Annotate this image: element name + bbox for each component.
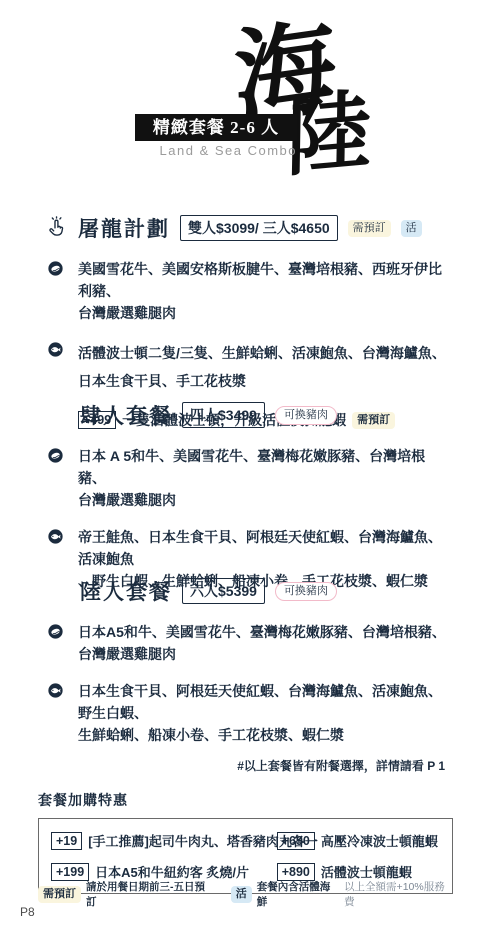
swap-pork-badge: 可換豬肉 — [275, 406, 337, 425]
reserve-badge: 需預訂 — [348, 220, 391, 237]
meat-icon — [48, 448, 63, 463]
addon-item: +690 高壓冷凍波士頓龍蝦 — [277, 831, 444, 850]
seafood-icon — [48, 683, 63, 698]
price-box: 四人$3499 — [182, 402, 265, 428]
service-fee-note: 以上全額需+10%服務費 — [344, 879, 453, 909]
section-title-row: 肆人套餐 四人$3499 可換豬肉 — [0, 400, 481, 430]
list-item-meat: 美國雪花牛、美國安格斯板腱牛、臺灣培根豬、西班牙伊比利豬、 台灣嚴選雞腿肉 — [48, 258, 453, 324]
meat-icon — [48, 261, 63, 276]
item-list: 日本 A 5和牛、美國雪花牛、臺灣梅花嫩豚豬、台灣培根豬、 台灣嚴選雞腿肉 帝王… — [0, 445, 481, 592]
meat-icon — [48, 624, 63, 639]
section-title-row: 陸人套餐 六人$5399 可換豬肉 — [0, 576, 481, 606]
live-note: 套餐內含活體海鮮 — [257, 879, 339, 909]
section-title-row: 屠龍計劃 雙人$3099/ 三人$4650 需預訂 活 — [0, 213, 481, 243]
side-dish-note: #以上套餐皆有附餐選擇，詳情請看 P 1 — [237, 757, 445, 774]
live-badge: 活 — [231, 886, 252, 903]
reserve-badge: 需預訂 — [38, 886, 81, 903]
item-text: 美國雪花牛、美國安格斯板腱牛、臺灣培根豬、西班牙伊比利豬、 台灣嚴選雞腿肉 — [78, 258, 453, 324]
item-text: 日本生食干貝、阿根廷天使紅蝦、台灣海鱸魚、活凍鮑魚、野生白蝦、 生鮮蛤蜊、船凍小… — [78, 680, 453, 746]
page-number: P8 — [20, 905, 35, 919]
section-title: 陸人套餐 — [80, 576, 172, 606]
addon-price-chip: +890 — [277, 863, 315, 881]
addon-price-chip: +199 — [51, 863, 89, 881]
addon-price-chip: +690 — [277, 832, 315, 850]
menu-page: 海 陸 精緻套餐 2-6 人 Land & Sea Combo 屠龍計劃 雙人$… — [0, 0, 481, 940]
live-badge: 活 — [401, 220, 422, 237]
seafood-icon — [48, 529, 63, 544]
banner-title: 精緻套餐 2-6 人 — [135, 114, 297, 141]
list-item-meat: 日本 A 5和牛、美國雪花牛、臺灣梅花嫩豚豬、台灣培根豬、 台灣嚴選雞腿肉 — [48, 445, 453, 511]
item-list: 美國雪花牛、美國安格斯板腱牛、臺灣培根豬、西班牙伊比利豬、 台灣嚴選雞腿肉 活體… — [0, 258, 481, 395]
section-title: 屠龍計劃 — [78, 213, 170, 243]
item-text: 活體波士頓二隻/三隻、生鮮蛤蜊、活凍鮑魚、台灣海鱸魚、 日本生食干貝、手工花枝漿 — [78, 339, 446, 395]
addons-title: 套餐加購特惠 — [38, 790, 453, 810]
list-item-seafood: 日本生食干貝、阿根廷天使紅蝦、台灣海鱸魚、活凍鮑魚、野生白蝦、 生鮮蛤蜊、船凍小… — [48, 680, 453, 746]
addon-item: +19 [手工推薦]起司牛肉丸、塔香豬肉丸各一 — [51, 831, 273, 850]
seafood-icon — [48, 342, 63, 357]
calligraphy-land: 陸 — [285, 88, 372, 182]
addon-text: 高壓冷凍波士頓龍蝦 — [321, 831, 438, 850]
list-item-seafood: 活體波士頓二隻/三隻、生鮮蛤蜊、活凍鮑魚、台灣海鱸魚、 日本生食干貝、手工花枝漿 — [48, 339, 453, 395]
section-title: 肆人套餐 — [80, 400, 172, 430]
pointing-hand-icon — [46, 216, 68, 238]
reserve-note: 請於用餐日期前三-五日預訂 — [86, 879, 213, 909]
item-text: 日本 A 5和牛、美國雪花牛、臺灣梅花嫩豚豬、台灣培根豬、 台灣嚴選雞腿肉 — [78, 445, 453, 511]
item-list: 日本A5和牛、美國雪花牛、臺灣梅花嫩豚豬、台灣培根豬、 台灣嚴選雞腿肉 日本生食… — [0, 621, 481, 746]
footer-notes: 需預訂 請於用餐日期前三-五日預訂 活 套餐內含活體海鮮 以上全額需+10%服務… — [38, 879, 453, 909]
swap-pork-badge: 可換豬肉 — [275, 582, 337, 601]
item-text: 日本A5和牛、美國雪花牛、臺灣梅花嫩豚豬、台灣培根豬、 台灣嚴選雞腿肉 — [78, 621, 446, 665]
list-item-meat: 日本A5和牛、美國雪花牛、臺灣梅花嫩豚豬、台灣培根豬、 台灣嚴選雞腿肉 — [48, 621, 453, 665]
addon-price-chip: +19 — [51, 832, 82, 850]
section-dragon-plan: 屠龍計劃 雙人$3099/ 三人$4650 需預訂 活 美國雪花牛、美國安格斯板… — [0, 213, 481, 430]
section-six-person: 陸人套餐 六人$5399 可換豬肉 日本A5和牛、美國雪花牛、臺灣梅花嫩豚豬、台… — [0, 576, 481, 761]
price-box: 雙人$3099/ 三人$4650 — [180, 215, 338, 241]
banner-subtitle: Land & Sea Combo — [135, 143, 297, 158]
price-box: 六人$5399 — [182, 578, 265, 604]
